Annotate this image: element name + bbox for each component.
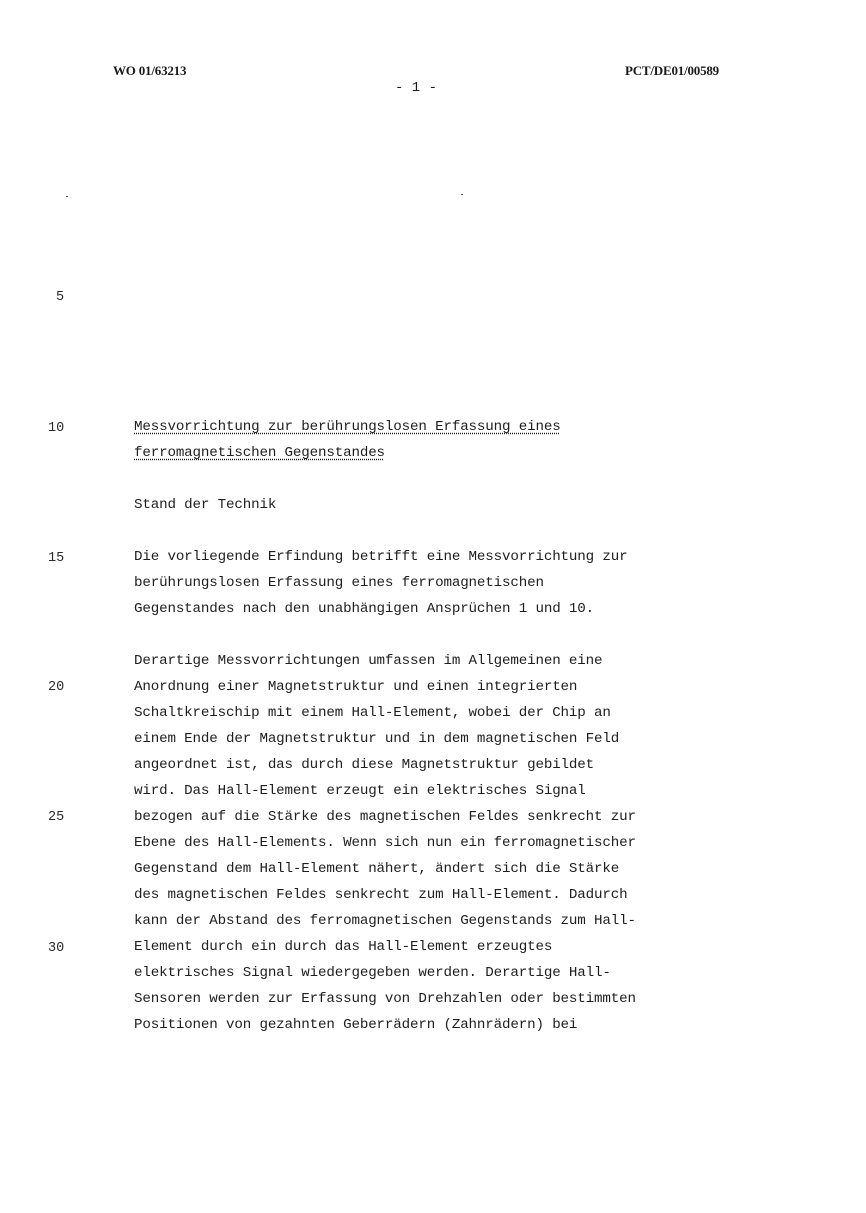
title-line: Messvorrichtung zur berührungslosen Erfa…	[134, 419, 561, 435]
scan-speck	[461, 194, 463, 195]
line-number-5: 5	[56, 290, 64, 305]
text-line: elektrisches Signal wiedergegeben werden…	[134, 965, 611, 981]
text-line: des magnetischen Feldes senkrecht zum Ha…	[134, 887, 627, 903]
line-number-20: 20	[48, 680, 64, 695]
text-line: Die vorliegende Erfindung betrifft eine …	[134, 549, 627, 565]
text-line: einem Ende der Magnetstruktur und in dem…	[134, 731, 619, 747]
text-line: Schaltkreischip mit einem Hall-Element, …	[134, 705, 611, 721]
title-line: ferromagnetischen Gegenstandes	[134, 445, 385, 461]
section-heading: Stand der Technik	[134, 497, 276, 513]
line-number-30: 30	[48, 941, 64, 956]
application-number: PCT/DE01/00589	[625, 63, 719, 79]
text-line: Element durch ein durch das Hall-Element…	[134, 939, 552, 955]
line-number-10: 10	[48, 421, 64, 436]
text-line: Gegenstandes nach den unabhängigen Anspr…	[134, 601, 594, 617]
text-line: Gegenstand dem Hall-Element nähert, ände…	[134, 861, 619, 877]
text-line: wird. Das Hall-Element erzeugt ein elekt…	[134, 783, 586, 799]
line-number-15: 15	[48, 551, 64, 566]
text-line: Positionen von gezahnten Geberrädern (Za…	[134, 1017, 577, 1033]
line-number-25: 25	[48, 810, 64, 825]
text-line: angeordnet ist, das durch diese Magnetst…	[134, 757, 594, 773]
publication-number: WO 01/63213	[113, 63, 186, 79]
scan-speck	[66, 196, 68, 197]
text-line: berührungslosen Erfassung eines ferromag…	[134, 575, 544, 591]
text-line: Anordnung einer Magnetstruktur und einen…	[134, 679, 577, 695]
text-line: Derartige Messvorrichtungen umfassen im …	[134, 653, 602, 669]
text-line: Ebene des Hall-Elements. Wenn sich nun e…	[134, 835, 636, 851]
text-line: kann der Abstand des ferromagnetischen G…	[134, 913, 636, 929]
text-line: Sensoren werden zur Erfassung von Drehza…	[134, 991, 636, 1007]
page-number: - 1 -	[395, 80, 437, 96]
text-line: bezogen auf die Stärke des magnetischen …	[134, 809, 636, 825]
